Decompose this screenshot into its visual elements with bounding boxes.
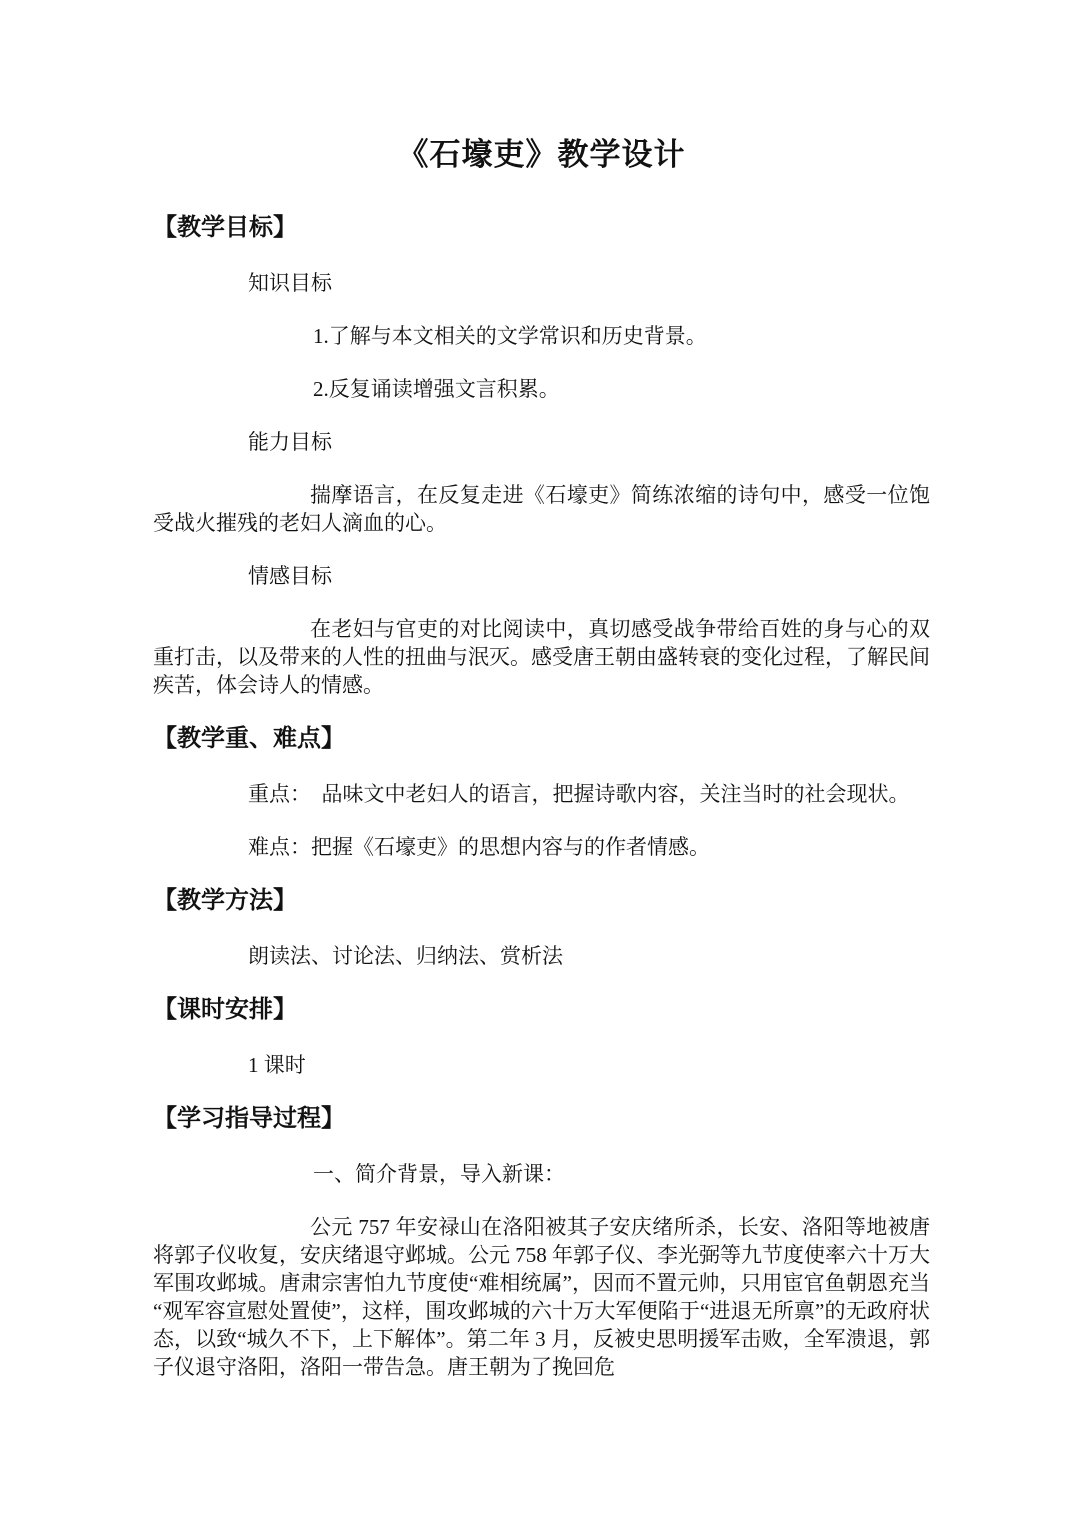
doc-title: 《石壕吏》教学设计 xyxy=(153,133,930,177)
subheading-emotion-goal: 情感目标 xyxy=(248,562,930,590)
section-header-class-schedule: 【课时安排】 xyxy=(153,995,930,1025)
section-header-learning-process: 【学习指导过程】 xyxy=(153,1104,930,1134)
emotion-goal-paragraph: 在老妇与官吏的对比阅读中，真切感受战争带给百姓的身与心的双重打击，以及带来的人性… xyxy=(153,615,930,699)
section-header-teaching-goals: 【教学目标】 xyxy=(153,213,930,243)
teaching-methods-line: 朗读法、讨论法、归纳法、赏析法 xyxy=(248,942,930,970)
section-header-teaching-methods: 【教学方法】 xyxy=(153,886,930,916)
goal-item-2: 2.反复诵读增强文言积累。 xyxy=(313,375,930,403)
ability-goal-paragraph: 揣摩语言，在反复走进《石壕吏》简练浓缩的诗句中，感受一位饱受战火摧残的老妇人滴血… xyxy=(153,481,930,537)
background-intro-paragraph: 公元 757 年安禄山在洛阳被其子安庆绪所杀，长安、洛阳等地被唐将郭子仪收复，安… xyxy=(153,1213,930,1381)
subheading-ability-goal: 能力目标 xyxy=(248,428,930,456)
difficult-point-line: 难点：把握《石壕吏》的思想内容与的作者情感。 xyxy=(248,833,930,861)
process-step-1-heading: 一、简介背景，导入新课： xyxy=(313,1160,930,1188)
section-header-key-points: 【教学重、难点】 xyxy=(153,724,930,754)
goal-item-1: 1.了解与本文相关的文学常识和历史背景。 xyxy=(313,322,930,350)
document-page: 《石壕吏》教学设计 【教学目标】 知识目标 1.了解与本文相关的文学常识和历史背… xyxy=(0,0,1080,1528)
class-schedule-line: 1 课时 xyxy=(248,1051,930,1079)
subheading-knowledge-goal: 知识目标 xyxy=(248,269,930,297)
key-point-line: 重点： 品味文中老妇人的语言，把握诗歌内容，关注当时的社会现状。 xyxy=(248,780,930,808)
